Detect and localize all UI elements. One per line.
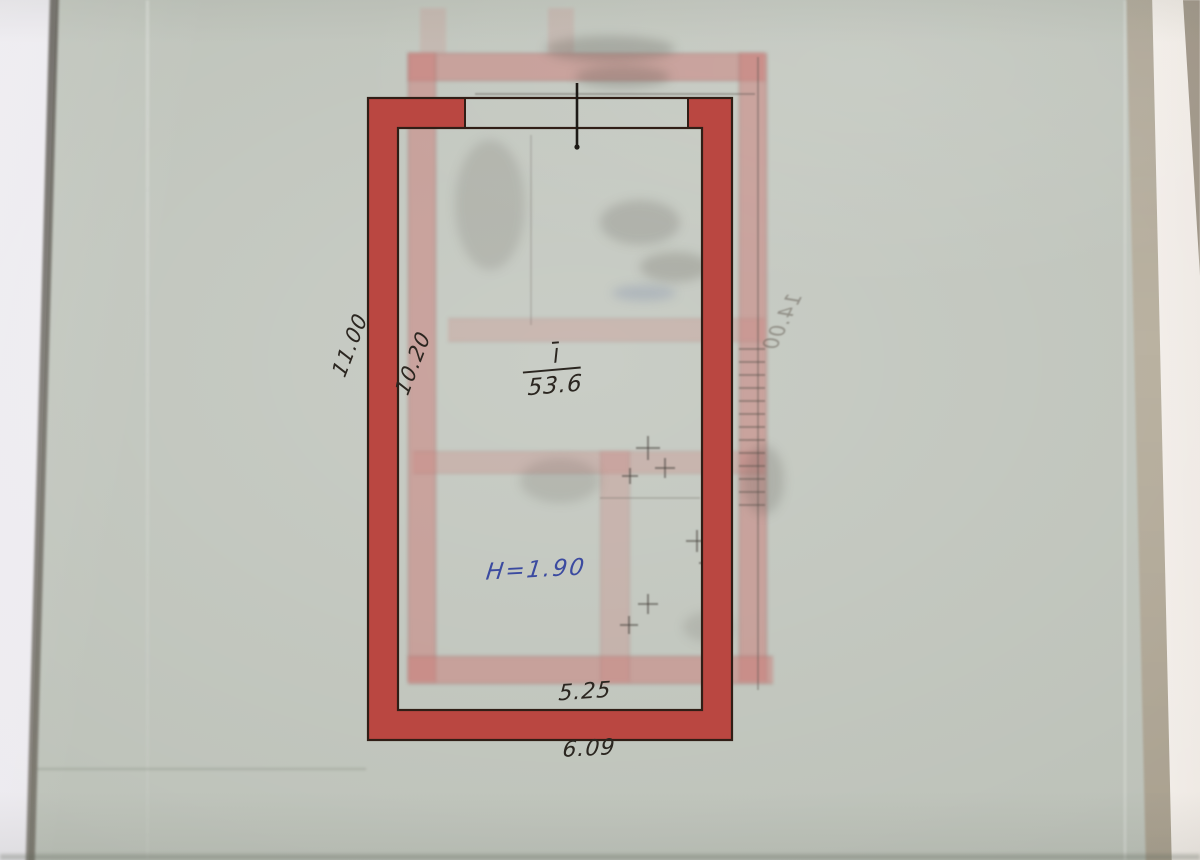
bottom-edge-shade <box>0 854 1200 860</box>
main-plan-drawing <box>0 0 1200 860</box>
plan-outer-outline <box>368 98 732 740</box>
dimension-bottom-inner: 5.25 <box>558 678 613 707</box>
height-note: H=1.90 <box>485 554 588 585</box>
plan-inner-outline <box>398 128 702 710</box>
floor-plan-photo: 11.00 10.20 I 53.6 H=1.90 5.25 6.09 14.0… <box>0 0 1200 860</box>
survey-tick-dot <box>574 144 579 149</box>
dimension-bottom-outer: 6.09 <box>561 735 616 763</box>
plan-wall-fill <box>368 98 732 740</box>
room-area: 53.6 <box>526 370 585 401</box>
room-number: I <box>527 343 587 369</box>
room-label: I 53.6 <box>527 343 589 401</box>
